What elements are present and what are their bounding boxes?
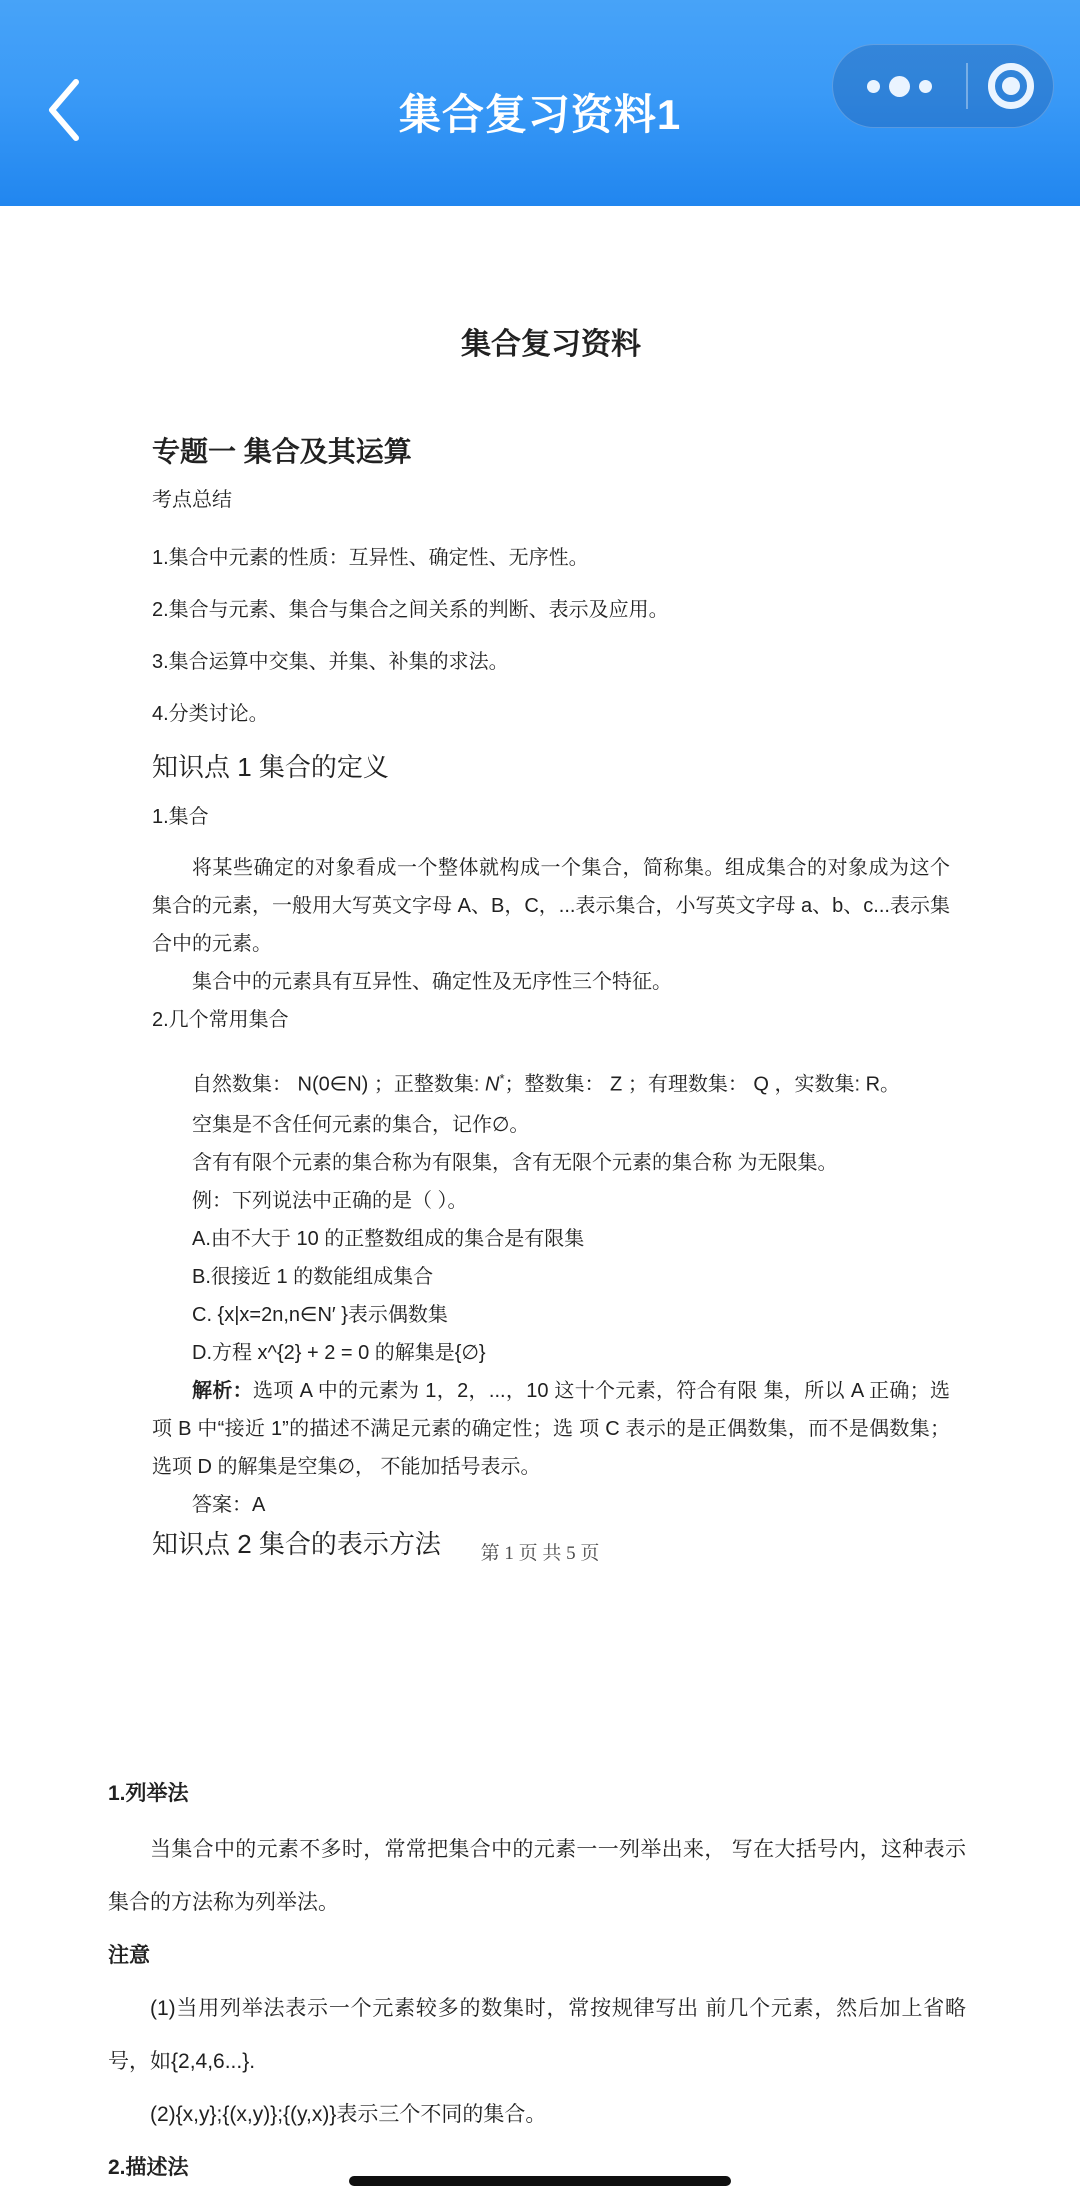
miniprogram-capsule: [832, 44, 1054, 128]
paragraph-set-properties: 集合中的元素具有互异性、确定性及无序性三个特征。: [152, 963, 950, 1001]
option-a: A.由不大于 10 的正整数组成的集合是有限集: [152, 1220, 950, 1258]
summary-item: 2.集合与元素、集合与集合之间关系的判断、表示及应用。: [152, 591, 950, 629]
exam-summary-label: 考点总结: [152, 481, 950, 519]
paragraph-analysis: 解析：选项 A 中的元素为 1，2，...，10 这十个元素，符合有限 集，所以…: [152, 1372, 950, 1486]
line-example: 例：下列说法中正确的是（ ）。: [152, 1182, 950, 1220]
summary-item: 3.集合运算中交集、并集、补集的求法。: [152, 643, 950, 681]
back-button[interactable]: [40, 76, 88, 148]
paragraph-enumeration: 当集合中的元素不多时，常常把集合中的元素一一列举出来， 写在大括号内，这种表示集…: [108, 1823, 966, 1929]
record-circle-icon: [988, 63, 1034, 109]
heading-note: 注意: [108, 1929, 966, 1982]
ellipsis-icon: [867, 76, 932, 97]
note-item-2: (2){x,y};{(x,y)};{(y,x)}表示三个不同的集合。: [108, 2088, 966, 2141]
symbol-N: N: [485, 1074, 499, 1096]
line-answer: 答案：A: [152, 1486, 950, 1524]
document-page-1: 集合复习资料 专题一 集合及其运算 考点总结 1.集合中元素的性质：互异性、确定…: [152, 206, 950, 1564]
heading-enumeration-method: 1.列举法: [108, 1767, 966, 1820]
page-title: 集合复习资料1: [160, 90, 920, 140]
document-title: 集合复习资料: [152, 327, 950, 363]
analysis-label: 解析：: [192, 1380, 253, 1402]
summary-item: 1.集合中元素的性质：互异性、确定性、无序性。: [152, 539, 950, 577]
section-heading: 专题一 集合及其运算: [152, 432, 950, 472]
option-b: B.很接近 1 的数能组成集合: [152, 1258, 950, 1296]
option-d: D.方程 x^{2} + 2 = 0 的解集是{∅}: [152, 1334, 950, 1372]
more-button[interactable]: [833, 45, 966, 127]
summary-item: 4.分类讨论。: [152, 695, 950, 733]
subheading-set: 1.集合: [152, 798, 950, 836]
option-c: C. {x|x=2n,n∈N′ }表示偶数集: [152, 1296, 950, 1334]
note-item-1: (1)当用列举法表示一个元素较多的数集时，常按规律写出 前几个元素，然后加上省略…: [108, 1982, 966, 2088]
capsule-home-button[interactable]: [968, 45, 1053, 127]
paragraph-set-definition: 将某些确定的对象看成一个整体就构成一个集合，简称集。组成集合的对象成为这个集合的…: [152, 849, 950, 963]
nav-bar: 集合复习资料1: [0, 0, 1080, 206]
line-common-sets: 自然数集： N(0∈N) ；正整数集: N*；整数集： Z ；有理数集： Q ，…: [152, 1060, 950, 1104]
line-finite-set: 含有有限个元素的集合称为有限集，含有无限个元素的集合称 为无限集。: [152, 1144, 950, 1182]
knowledge-point-1-heading: 知识点 1 集合的定义: [152, 747, 950, 787]
home-indicator-bar[interactable]: [349, 2176, 731, 2186]
subheading-common-sets: 2.几个常用集合: [152, 1001, 950, 1039]
chevron-left-icon: [45, 77, 83, 148]
document-page-2: 1.列举法 当集合中的元素不多时，常常把集合中的元素一一列举出来， 写在大括号内…: [108, 1767, 966, 2190]
page-number-footer: 第 1 页 共 5 页: [0, 1542, 1080, 1566]
line-empty-set: 空集是不含任何元素的集合，记作∅。: [152, 1106, 950, 1144]
